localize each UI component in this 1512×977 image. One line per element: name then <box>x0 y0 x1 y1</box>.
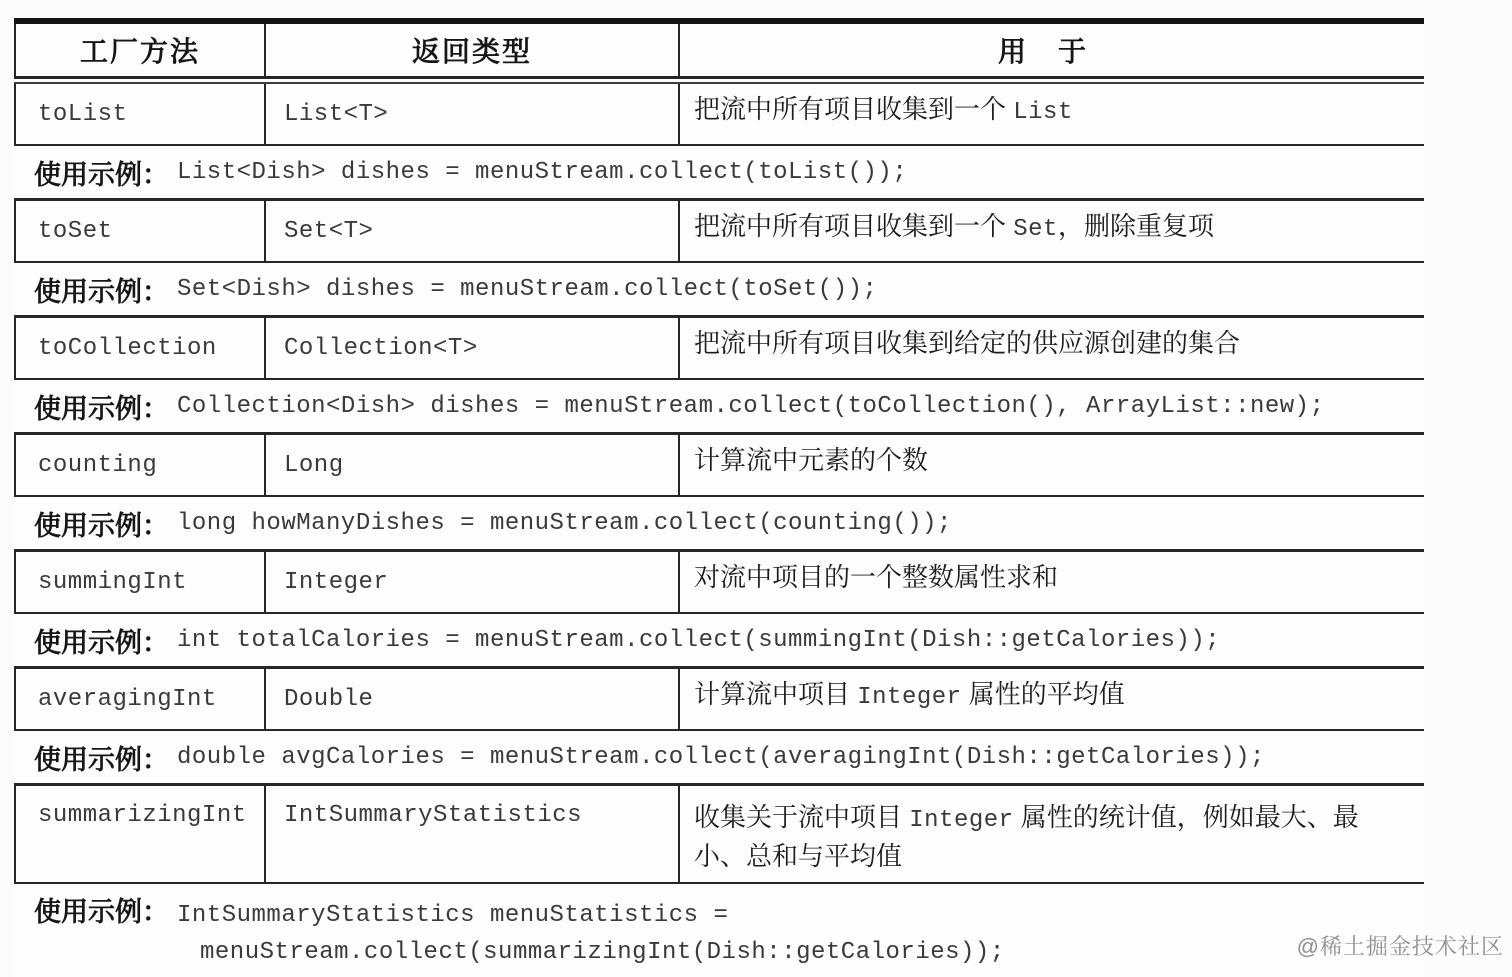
used-for-code: Integer <box>857 684 961 711</box>
used-for-cell: 把流中所有项目收集到给定的供应源创建的集合 <box>680 318 1424 378</box>
header-label-factory-method: 工厂方法 <box>80 30 200 70</box>
return-type: Set<T> <box>284 218 373 245</box>
used-for-text: 对流中项目的一个整数属性求和 <box>694 562 1058 592</box>
example-line-1: 使用示例：IntSummaryStatistics menuStatistics… <box>34 892 1424 934</box>
example-code: Set<Dish> dishes = menuStream.collect(to… <box>177 276 877 303</box>
table-row-tocollection: toCollection Collection<T> 把流中所有项目收集到给定的… <box>14 318 1424 378</box>
method-name: summingInt <box>38 569 187 596</box>
example-code: int totalCalories = menuStream.collect(s… <box>177 627 1220 654</box>
example-code: double avgCalories = menuStream.collect(… <box>177 744 1265 771</box>
table-row-counting: counting Long 计算流中元素的个数 <box>14 435 1424 495</box>
used-for-text: 计算流中项目 <box>694 679 857 709</box>
used-for-cell: 计算流中元素的个数 <box>680 435 1424 495</box>
example-code: List<Dish> dishes = menuStream.collect(t… <box>177 159 907 186</box>
used-for-text: 把流中所有项目收集到一个 <box>694 211 1013 241</box>
return-type-cell: Collection<T> <box>266 318 680 378</box>
example-code: Collection<Dish> dishes = menuStream.col… <box>177 393 1324 420</box>
table-row-averagingint: averagingInt Double 计算流中项目 Integer 属性的平均… <box>14 669 1424 729</box>
used-for-cell: 计算流中项目 Integer 属性的平均值 <box>680 669 1424 729</box>
header-cell-factory-method: 工厂方法 <box>16 24 266 76</box>
return-type: List<T> <box>284 101 388 128</box>
collectors-factory-methods-table: 工厂方法 返回类型 用 于 toList List<T> 把流中所有项目收集到一… <box>14 18 1424 977</box>
method-name: summarizingInt <box>38 802 247 829</box>
table-row-tolist: toList List<T> 把流中所有项目收集到一个 List <box>14 84 1424 144</box>
return-type: Integer <box>284 569 388 596</box>
example-row-toset: 使用示例：Set<Dish> dishes = menuStream.colle… <box>14 263 1424 315</box>
watermark: @稀土掘金技术社区 <box>1297 930 1504 961</box>
return-type-cell: List<T> <box>266 84 680 144</box>
used-for-text: 把流中所有项目收集到一个 <box>694 94 1013 124</box>
example-label: 使用示例： <box>34 738 169 777</box>
method-name: toList <box>38 101 127 128</box>
used-for-text: 计算流中元素的个数 <box>694 445 928 475</box>
table-row-summingint: summingInt Integer 对流中项目的一个整数属性求和 <box>14 552 1424 612</box>
return-type: IntSummaryStatistics <box>284 802 582 829</box>
method-cell: toList <box>16 84 266 144</box>
used-for-text: 收集关于流中项目 <box>694 802 909 832</box>
return-type: Long <box>284 452 344 479</box>
header-label-return-type: 返回类型 <box>412 30 532 70</box>
example-label: 使用示例： <box>34 892 169 934</box>
used-for-text-post: ，删除重复项 <box>1058 211 1214 241</box>
example-row-counting: 使用示例：long howManyDishes = menuStream.col… <box>14 497 1424 549</box>
example-label: 使用示例： <box>34 270 169 309</box>
return-type: Double <box>284 686 373 713</box>
method-cell: summingInt <box>16 552 266 612</box>
example-line-2: menuStream.collect(summarizingInt(Dish::… <box>200 934 1424 971</box>
example-code: long howManyDishes = menuStream.collect(… <box>177 510 952 537</box>
example-label: 使用示例： <box>34 621 169 660</box>
header-separator-rule <box>14 76 1424 84</box>
return-type: Collection<T> <box>284 335 478 362</box>
used-for-cell: 把流中所有项目收集到一个 Set，删除重复项 <box>680 201 1424 261</box>
method-name: counting <box>38 452 157 479</box>
example-row-summingint: 使用示例：int totalCalories = menuStream.coll… <box>14 614 1424 666</box>
method-cell: summarizingInt <box>16 786 266 882</box>
example-label: 使用示例： <box>34 153 169 192</box>
used-for-cell: 对流中项目的一个整数属性求和 <box>680 552 1424 612</box>
used-for-cell: 把流中所有项目收集到一个 List <box>680 84 1424 144</box>
table-header-row: 工厂方法 返回类型 用 于 <box>14 24 1424 76</box>
example-code: menuStream.collect(summarizingInt(Dish::… <box>200 934 1005 971</box>
used-for-code: Integer <box>909 807 1013 834</box>
table-row-summarizingint: summarizingInt IntSummaryStatistics 收集关于… <box>14 786 1424 882</box>
method-cell: averagingInt <box>16 669 266 729</box>
method-cell: toCollection <box>16 318 266 378</box>
method-cell: counting <box>16 435 266 495</box>
used-for-code: List <box>1013 99 1073 126</box>
table-row-toset: toSet Set<T> 把流中所有项目收集到一个 Set，删除重复项 <box>14 201 1424 261</box>
example-label: 使用示例： <box>34 504 169 543</box>
example-code: IntSummaryStatistics menuStatistics = <box>177 897 728 934</box>
method-cell: toSet <box>16 201 266 261</box>
used-for-text: 把流中所有项目收集到给定的供应源创建的集合 <box>694 328 1240 358</box>
used-for-cell: 收集关于流中项目 Integer 属性的统计值，例如最大、最小、总和与平均值 <box>680 786 1424 882</box>
return-type-cell: Set<T> <box>266 201 680 261</box>
method-name: toSet <box>38 218 113 245</box>
method-name: averagingInt <box>38 686 217 713</box>
header-label-used-for: 用 于 <box>998 30 1088 70</box>
return-type-cell: Integer <box>266 552 680 612</box>
return-type-cell: Long <box>266 435 680 495</box>
example-label: 使用示例： <box>34 387 169 426</box>
return-type-cell: Double <box>266 669 680 729</box>
header-cell-used-for: 用 于 <box>680 24 1424 76</box>
example-row-tolist: 使用示例：List<Dish> dishes = menuStream.coll… <box>14 146 1424 198</box>
method-name: toCollection <box>38 335 217 362</box>
used-for-text-post: 属性的平均值 <box>962 679 1125 709</box>
header-cell-return-type: 返回类型 <box>266 24 680 76</box>
example-row-summarizingint: 使用示例：IntSummaryStatistics menuStatistics… <box>14 884 1424 977</box>
example-row-tocollection: 使用示例：Collection<Dish> dishes = menuStrea… <box>14 380 1424 432</box>
used-for-code: Set <box>1013 216 1058 243</box>
example-row-averagingint: 使用示例：double avgCalories = menuStream.col… <box>14 731 1424 783</box>
return-type-cell: IntSummaryStatistics <box>266 786 680 882</box>
